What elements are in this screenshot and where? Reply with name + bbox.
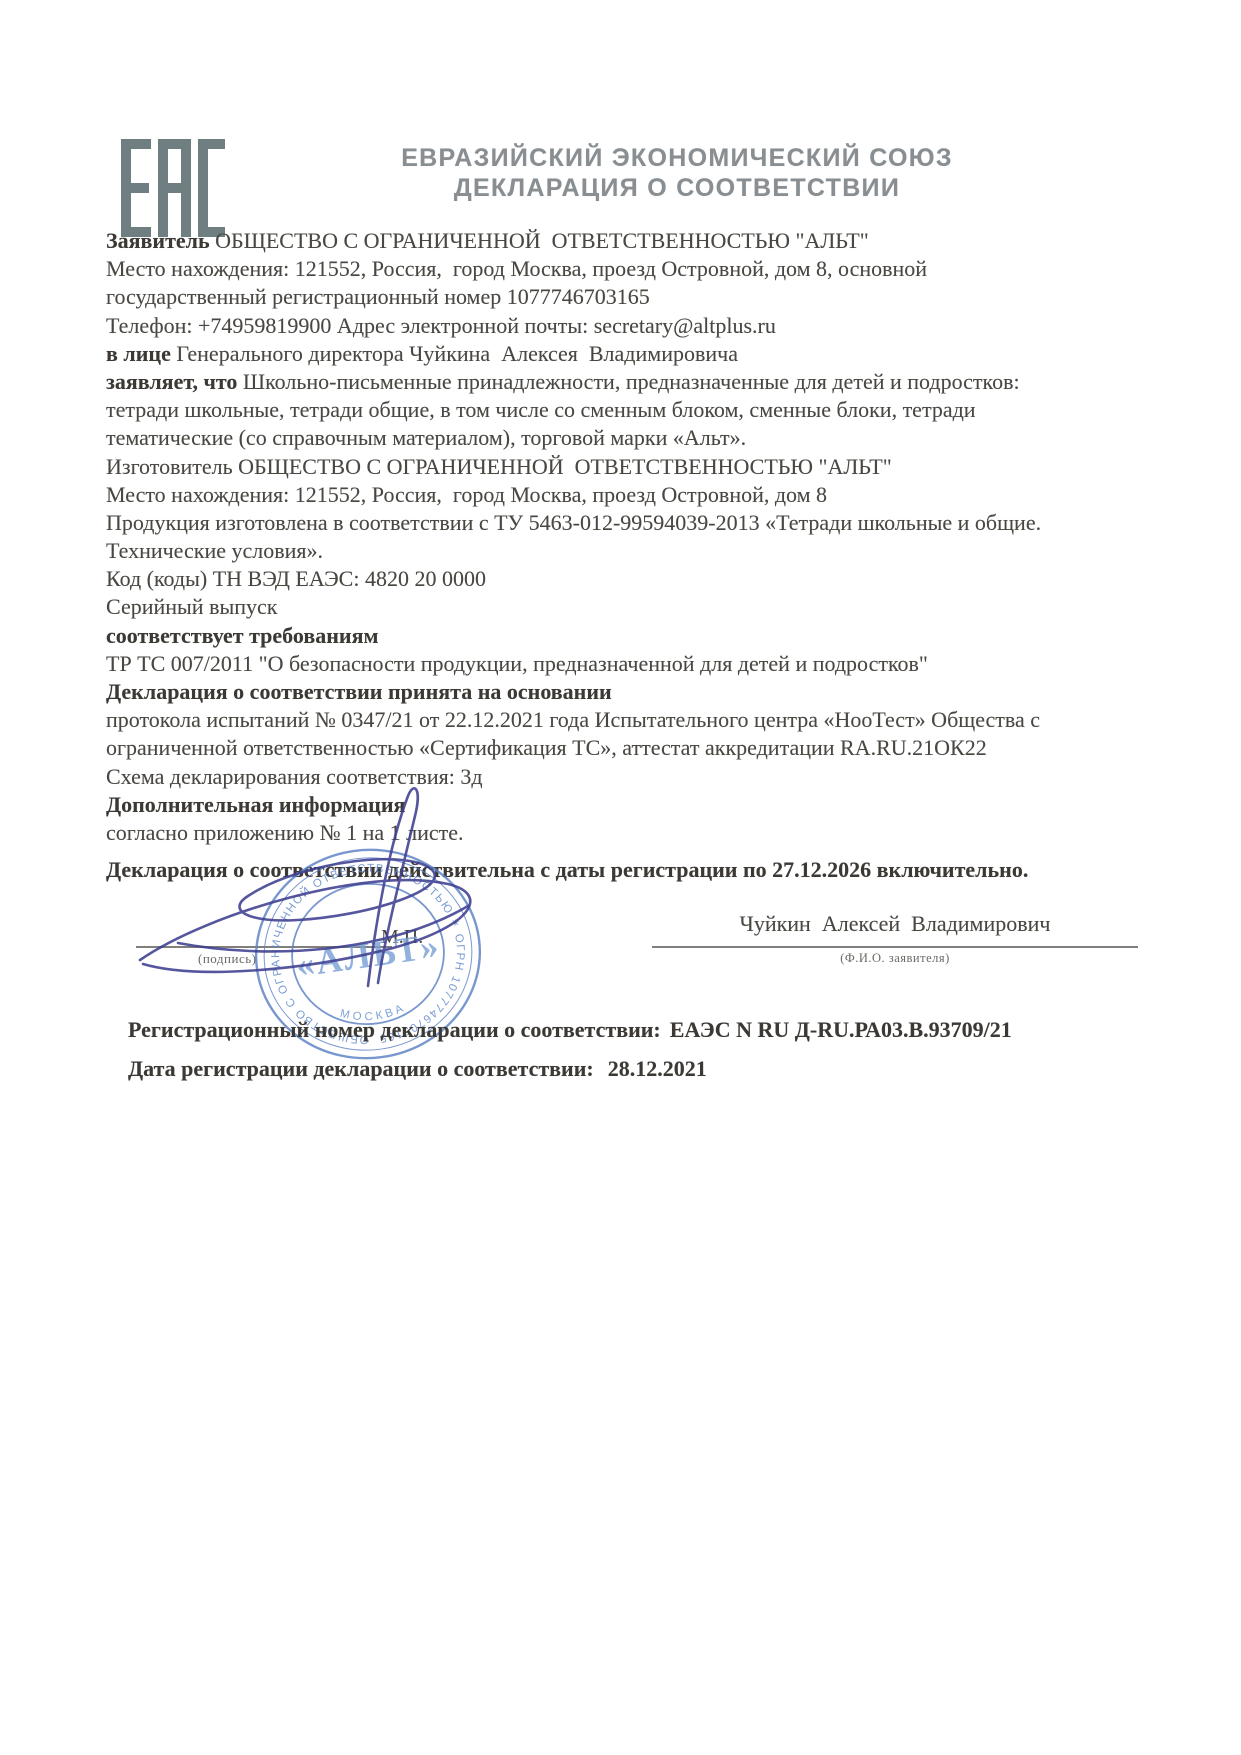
- body-line-text: тематические (со справочным материалом),…: [106, 425, 746, 450]
- body-line: в лице Генерального директора Чуйкина Ал…: [106, 340, 1186, 368]
- registration-date-label: Дата регистрации декларации о соответств…: [128, 1056, 594, 1081]
- body-line: соответствует требованиям: [106, 622, 1186, 650]
- document-title: ЕВРАЗИЙСКИЙ ЭКОНОМИЧЕСКИЙ СОЮЗ ДЕКЛАРАЦИ…: [377, 143, 977, 203]
- body-line-bold: Заявитель: [106, 228, 210, 253]
- body-line-text: ТР ТС 007/2011 "О безопасности продукции…: [106, 651, 928, 676]
- body-line-text: Технические условия».: [106, 538, 323, 563]
- eac-logo-icon: [121, 139, 225, 237]
- body-line: Телефон: +74959819900 Адрес электронной …: [106, 312, 1186, 340]
- body-line: Изготовитель ОБЩЕСТВО С ОГРАНИЧЕННОЙ ОТВ…: [106, 453, 1186, 481]
- body-line-text: Генерального директора Чуйкина Алексея В…: [171, 341, 738, 366]
- body-line-bold: соответствует требованиям: [106, 623, 378, 648]
- document-body: Заявитель ОБЩЕСТВО С ОГРАНИЧЕННОЙ ОТВЕТС…: [106, 227, 1186, 847]
- body-line-text: Код (коды) ТН ВЭД ЕАЭС: 4820 20 0000: [106, 566, 486, 591]
- registration-date-line: Дата регистрации декларации о соответств…: [106, 1030, 707, 1108]
- registration-number-value: ЕАЭС N RU Д-RU.РА03.В.93709/21: [670, 1017, 1012, 1042]
- title-line-2: ДЕКЛАРАЦИЯ О СООТВЕТСТВИИ: [377, 173, 977, 203]
- body-line: Место нахождения: 121552, Россия, город …: [106, 255, 1186, 283]
- body-line: ТР ТС 007/2011 "О безопасности продукции…: [106, 650, 1186, 678]
- handwritten-signature: [118, 768, 518, 1003]
- body-line-text: Телефон: +74959819900 Адрес электронной …: [106, 313, 776, 338]
- body-line: Продукция изготовлена в соответствии с Т…: [106, 509, 1186, 537]
- body-line-text: Школьно-письменные принадлежности, предн…: [237, 369, 1019, 394]
- title-line-1: ЕВРАЗИЙСКИЙ ЭКОНОМИЧЕСКИЙ СОЮЗ: [377, 143, 977, 173]
- body-line: Технические условия».: [106, 537, 1186, 565]
- body-line-text: Изготовитель ОБЩЕСТВО С ОГРАНИЧЕННОЙ ОТВ…: [106, 454, 892, 479]
- body-line: Декларация о соответствии принята на осн…: [106, 678, 1186, 706]
- body-line: Заявитель ОБЩЕСТВО С ОГРАНИЧЕННОЙ ОТВЕТС…: [106, 227, 1186, 255]
- registration-date-value: 28.12.2021: [608, 1056, 707, 1081]
- body-line-bold: Декларация о соответствии принята на осн…: [106, 679, 612, 704]
- body-line: Место нахождения: 121552, Россия, город …: [106, 481, 1186, 509]
- body-line-text: тетради школьные, тетради общие, в том ч…: [106, 397, 976, 422]
- body-line: заявляет, что Школьно-письменные принадл…: [106, 368, 1186, 396]
- body-line-text: Продукция изготовлена в соответствии с Т…: [106, 510, 1041, 535]
- name-caption: (Ф.И.О. заявителя): [652, 951, 1138, 966]
- body-line-text: Место нахождения: 121552, Россия, город …: [106, 256, 927, 281]
- body-line-bold: заявляет, что: [106, 369, 237, 394]
- body-line-text: Место нахождения: 121552, Россия, город …: [106, 482, 827, 507]
- body-line: Серийный выпуск: [106, 593, 1186, 621]
- body-line-text: Серийный выпуск: [106, 594, 277, 619]
- body-line-text: протокола испытаний № 0347/21 от 22.12.2…: [106, 707, 1040, 732]
- declaration-document: ЕВРАЗИЙСКИЙ ЭКОНОМИЧЕСКИЙ СОЮЗ ДЕКЛАРАЦИ…: [0, 0, 1241, 1755]
- body-line: тематические (со справочным материалом),…: [106, 424, 1186, 452]
- body-line: протокола испытаний № 0347/21 от 22.12.2…: [106, 706, 1186, 734]
- body-line-text: ОБЩЕСТВО С ОГРАНИЧЕННОЙ ОТВЕТСТВЕННОСТЬЮ…: [210, 228, 869, 253]
- body-line: Код (коды) ТН ВЭД ЕАЭС: 4820 20 0000: [106, 565, 1186, 593]
- body-line: государственный регистрационный номер 10…: [106, 283, 1186, 311]
- name-underline: [652, 946, 1138, 948]
- body-line: тетради школьные, тетради общие, в том ч…: [106, 396, 1186, 424]
- body-line-text: ограниченной ответственностью «Сертифика…: [106, 735, 987, 760]
- body-line-text: государственный регистрационный номер 10…: [106, 284, 650, 309]
- body-line: ограниченной ответственностью «Сертифика…: [106, 734, 1186, 762]
- applicant-name: Чуйкин Алексей Владимирович: [650, 911, 1140, 937]
- body-line-bold: в лице: [106, 341, 171, 366]
